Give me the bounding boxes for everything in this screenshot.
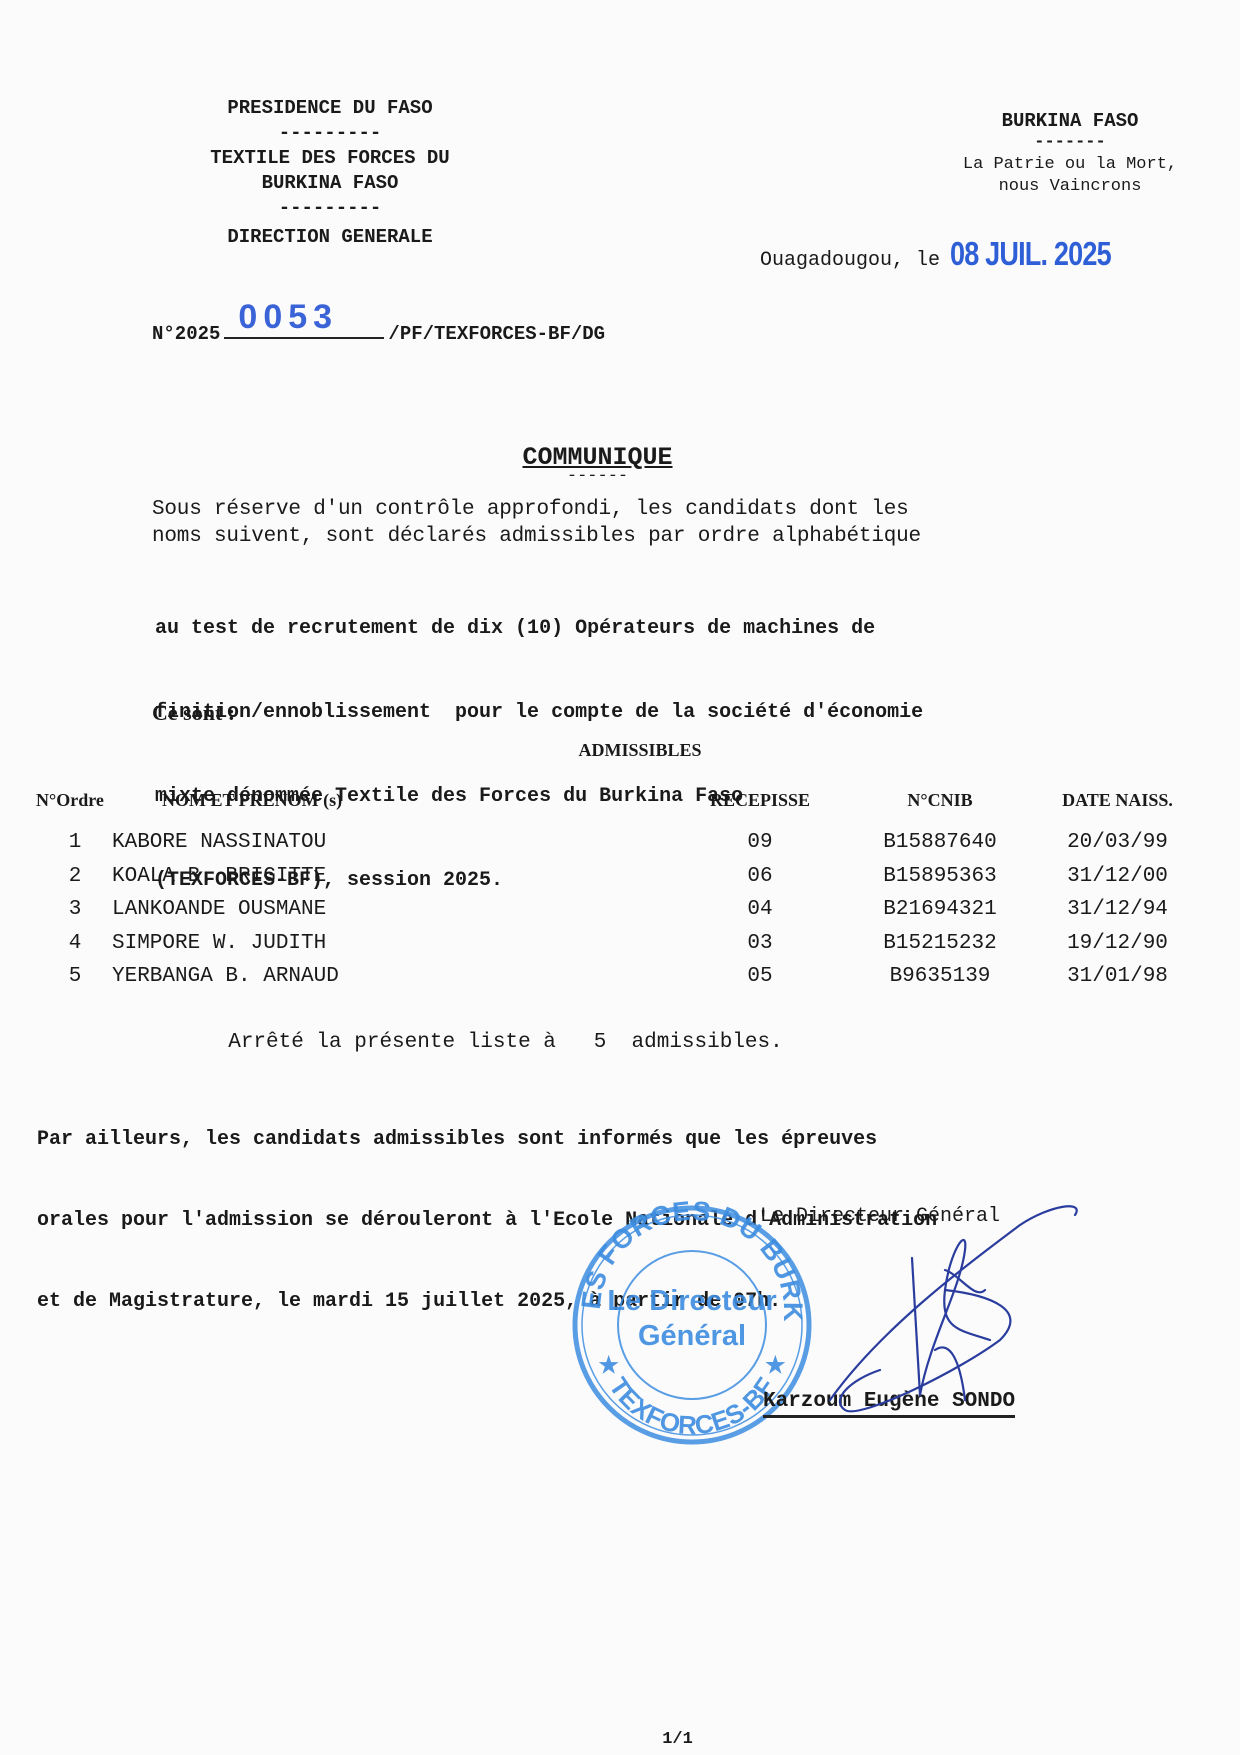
direction-label: DIRECTION GENERALE	[160, 225, 500, 250]
closing-paragraph: Par ailleurs, les candidats admissibles …	[37, 1072, 1217, 1342]
org-name-line2: BURKINA FASO	[160, 171, 500, 196]
cell-birth: 31/12/94	[1035, 893, 1200, 926]
header-left-block: PRESIDENCE DU FASO --------- TEXTILE DES…	[160, 96, 500, 250]
stop-suffix: admissibles.	[632, 1031, 783, 1054]
cell-receipt: 03	[700, 927, 820, 960]
cell-order: 4	[60, 927, 90, 960]
separator: ---------	[160, 196, 500, 221]
header-birth-date: DATE NAISS.	[1035, 790, 1200, 811]
cell-name: YERBANGA B. ARNAUD	[112, 960, 532, 993]
cell-cnib: B9635139	[860, 960, 1020, 993]
cell-order: 2	[60, 860, 90, 893]
list-closing-line: Arrêté la présente liste à 5 admissibles…	[203, 1008, 783, 1054]
cell-birth: 19/12/90	[1035, 927, 1200, 960]
cell-birth: 31/12/00	[1035, 860, 1200, 893]
intro-line: noms suivent, sont déclarés admissibles …	[152, 523, 1132, 550]
page-number: 1/1	[0, 1730, 1240, 1749]
intro-bold-line: finition/ennoblissement pour le compte d…	[155, 699, 1155, 727]
title-separator: ------	[0, 467, 1195, 486]
header-name: NOM ET PRENOM (s)	[162, 790, 342, 811]
cell-birth: 20/03/99	[1035, 826, 1200, 859]
reference-suffix: /PF/TEXFORCES-BF/DG	[388, 323, 605, 345]
cell-receipt: 06	[700, 860, 820, 893]
motto-line2: nous Vaincrons	[920, 176, 1220, 198]
header-right-block: BURKINA FASO ------- La Patrie ou la Mor…	[920, 110, 1220, 198]
header-cnib: N°CNIB	[860, 790, 1020, 811]
date-stamp: 08 JUIL. 2025	[950, 235, 1111, 273]
cell-receipt: 04	[700, 893, 820, 926]
header-receipt: RECEPISSE	[680, 790, 840, 811]
stop-prefix: Arrêté la présente liste à	[228, 1031, 556, 1054]
presidency-label: PRESIDENCE DU FASO	[160, 96, 500, 121]
cell-cnib: B15887640	[860, 826, 1020, 859]
intro-paragraph: Sous réserve d'un contrôle approfondi, l…	[152, 496, 1132, 550]
reference-handwritten-number: 0053	[238, 298, 338, 337]
cell-receipt: 09	[700, 826, 820, 859]
stop-count: 5	[594, 1031, 607, 1054]
motto-line1: La Patrie ou la Mort,	[920, 154, 1220, 176]
separator: -------	[920, 132, 1220, 154]
cell-receipt: 05	[700, 960, 820, 993]
cell-order: 3	[60, 893, 90, 926]
country-name: BURKINA FASO	[920, 110, 1220, 132]
closing-line: et de Magistrature, le mardi 15 juillet …	[37, 1288, 1217, 1315]
cell-cnib: B15895363	[860, 860, 1020, 893]
cell-cnib: B21694321	[860, 893, 1020, 926]
place-date: Ouagadougou, le 08 JUIL. 2025	[760, 235, 1146, 273]
closing-line: orales pour l'admission se dérouleront à…	[37, 1207, 1217, 1234]
header-order: N°Ordre	[36, 790, 104, 811]
place-label: Ouagadougou, le	[760, 249, 940, 272]
signatory-name: Karzoum Eugène SONDO	[763, 1390, 1015, 1418]
cell-order: 1	[60, 826, 90, 859]
table-title: ADMISSIBLES	[540, 740, 740, 761]
cell-order: 5	[60, 960, 90, 993]
cell-name: KOALA B. BRIGITTE	[112, 860, 532, 893]
cell-birth: 31/01/98	[1035, 960, 1200, 993]
cell-cnib: B15215232	[860, 927, 1020, 960]
cell-name: KABORE NASSINATOU	[112, 826, 532, 859]
reference-number: N°2025 0053 /PF/TEXFORCES-BF/DG	[152, 315, 605, 345]
ce-sont-label: Ce sont :	[152, 700, 235, 726]
cell-name: SIMPORE W. JUDITH	[112, 927, 532, 960]
reference-prefix: N°2025	[152, 323, 220, 345]
signatory-title: Le Directeur Général	[760, 1205, 1000, 1228]
intro-bold-line: au test de recrutement de dix (10) Opéra…	[155, 615, 1155, 643]
org-name-line1: TEXTILE DES FORCES DU	[160, 146, 500, 171]
reference-blank: 0053	[224, 315, 384, 339]
separator: ---------	[160, 121, 500, 146]
intro-line: Sous réserve d'un contrôle approfondi, l…	[152, 496, 1132, 523]
closing-line: Par ailleurs, les candidats admissibles …	[37, 1126, 1217, 1153]
cell-name: LANKOANDE OUSMANE	[112, 893, 532, 926]
